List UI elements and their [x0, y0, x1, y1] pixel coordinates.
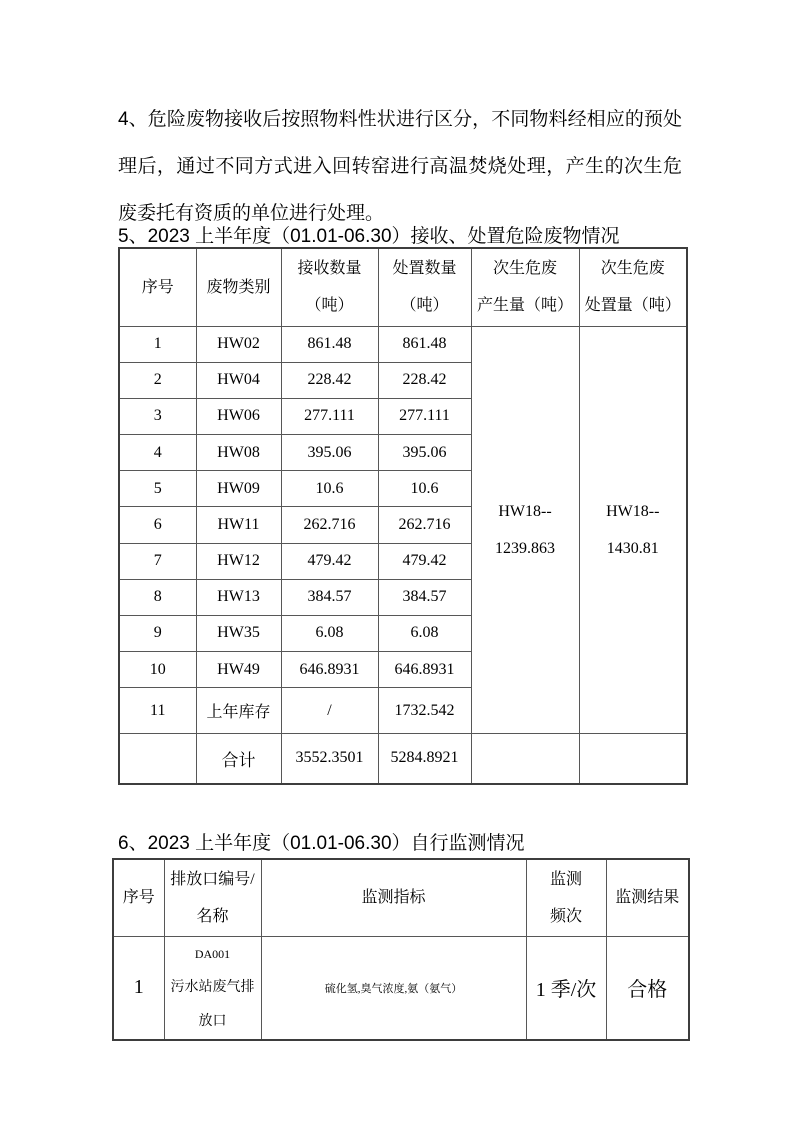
secondary-produced-cell: HW18-- 1239.863 [471, 326, 579, 733]
category-cell: HW04 [196, 362, 281, 398]
total-received-cell: 3552.3501 [281, 733, 378, 784]
section-6-heading: 6、2023 上半年度（01.01-06.30）自行监测情况 [118, 831, 525, 857]
column-header-serial: 序号 [119, 248, 196, 326]
column-header-outlet: 排放口编号/ 名称 [164, 859, 261, 936]
received-cell: 6.08 [281, 615, 378, 651]
empty-cell [119, 733, 196, 784]
paragraph-4: 4、危险废物接收后按照物料性状进行区分，不同物料经相应的预处理后，通过不同方式进… [118, 96, 682, 237]
column-header-category: 废物类别 [196, 248, 281, 326]
column-header-serial: 序号 [113, 859, 164, 936]
indicators-cell: 硫化氢,臭气浓度,氨（氨气） [261, 936, 526, 1040]
column-header-result: 监测结果 [606, 859, 689, 936]
column-header-frequency: 监测 频次 [526, 859, 606, 936]
serial-cell: 1 [113, 936, 164, 1040]
received-cell: 861.48 [281, 326, 378, 362]
serial-cell: 1 [119, 326, 196, 362]
document-page: 4、危险废物接收后按照物料性状进行区分，不同物料经相应的预处理后，通过不同方式进… [0, 0, 800, 1131]
received-cell: 395.06 [281, 435, 378, 471]
column-header-indicators: 监测指标 [261, 859, 526, 936]
received-cell: 262.716 [281, 507, 378, 543]
total-row: 合计 3552.3501 5284.8921 [119, 733, 687, 784]
serial-cell: 7 [119, 543, 196, 579]
received-cell: 646.8931 [281, 652, 378, 688]
disposed-cell: 6.08 [378, 615, 471, 651]
serial-cell: 8 [119, 579, 196, 615]
category-cell: HW02 [196, 326, 281, 362]
table-row: 1 HW02 861.48 861.48 HW18-- 1239.863 HW1… [119, 326, 687, 362]
received-cell: 384.57 [281, 579, 378, 615]
table-row: 1 DA001 污水站废气排放口 硫化氢,臭气浓度,氨（氨气） 1 季/次 合格 [113, 936, 689, 1040]
disposed-cell: 646.8931 [378, 652, 471, 688]
outlet-cell: DA001 污水站废气排放口 [164, 936, 261, 1040]
serial-cell: 3 [119, 398, 196, 434]
column-header-received: 接收数量 （吨） [281, 248, 378, 326]
category-cell: HW09 [196, 471, 281, 507]
column-header-secondary-produced: 次生危废 产生量（吨） [471, 248, 579, 326]
category-cell: HW49 [196, 652, 281, 688]
received-cell: 277.111 [281, 398, 378, 434]
outlet-code: DA001 [165, 937, 261, 971]
secondary-disposed-cell: HW18-- 1430.81 [579, 326, 687, 733]
received-cell: / [281, 688, 378, 734]
frequency-cell: 1 季/次 [526, 936, 606, 1040]
disposed-cell: 10.6 [378, 471, 471, 507]
category-cell: 上年库存 [196, 688, 281, 734]
monitoring-table-header-row: 序号 排放口编号/ 名称 监测指标 监测 频次 监测结果 [113, 859, 689, 936]
disposed-cell: 861.48 [378, 326, 471, 362]
disposed-cell: 479.42 [378, 543, 471, 579]
serial-cell: 10 [119, 652, 196, 688]
received-cell: 10.6 [281, 471, 378, 507]
disposed-cell: 277.111 [378, 398, 471, 434]
empty-cell [471, 733, 579, 784]
category-cell: HW08 [196, 435, 281, 471]
serial-cell: 11 [119, 688, 196, 734]
total-label-cell: 合计 [196, 733, 281, 784]
total-disposed-cell: 5284.8921 [378, 733, 471, 784]
serial-cell: 5 [119, 471, 196, 507]
outlet-name: 污水站废气排放口 [165, 971, 261, 1039]
disposed-cell: 395.06 [378, 435, 471, 471]
category-cell: HW12 [196, 543, 281, 579]
category-cell: HW06 [196, 398, 281, 434]
column-header-disposed: 处置数量 （吨） [378, 248, 471, 326]
received-cell: 479.42 [281, 543, 378, 579]
empty-cell [579, 733, 687, 784]
serial-cell: 6 [119, 507, 196, 543]
serial-cell: 9 [119, 615, 196, 651]
waste-table: 序号 废物类别 接收数量 （吨） 处置数量 （吨） 次生危废 产生量（吨） 次生… [118, 247, 688, 785]
category-cell: HW13 [196, 579, 281, 615]
column-header-secondary-disposed: 次生危废 处置量（吨） [579, 248, 687, 326]
serial-cell: 4 [119, 435, 196, 471]
result-cell: 合格 [606, 936, 689, 1040]
disposed-cell: 262.716 [378, 507, 471, 543]
disposed-cell: 384.57 [378, 579, 471, 615]
received-cell: 228.42 [281, 362, 378, 398]
monitoring-table: 序号 排放口编号/ 名称 监测指标 监测 频次 监测结果 1 DA001 污水站… [112, 858, 690, 1041]
category-cell: HW35 [196, 615, 281, 651]
disposed-cell: 1732.542 [378, 688, 471, 734]
category-cell: HW11 [196, 507, 281, 543]
serial-cell: 2 [119, 362, 196, 398]
disposed-cell: 228.42 [378, 362, 471, 398]
waste-table-header-row: 序号 废物类别 接收数量 （吨） 处置数量 （吨） 次生危废 产生量（吨） 次生… [119, 248, 687, 326]
